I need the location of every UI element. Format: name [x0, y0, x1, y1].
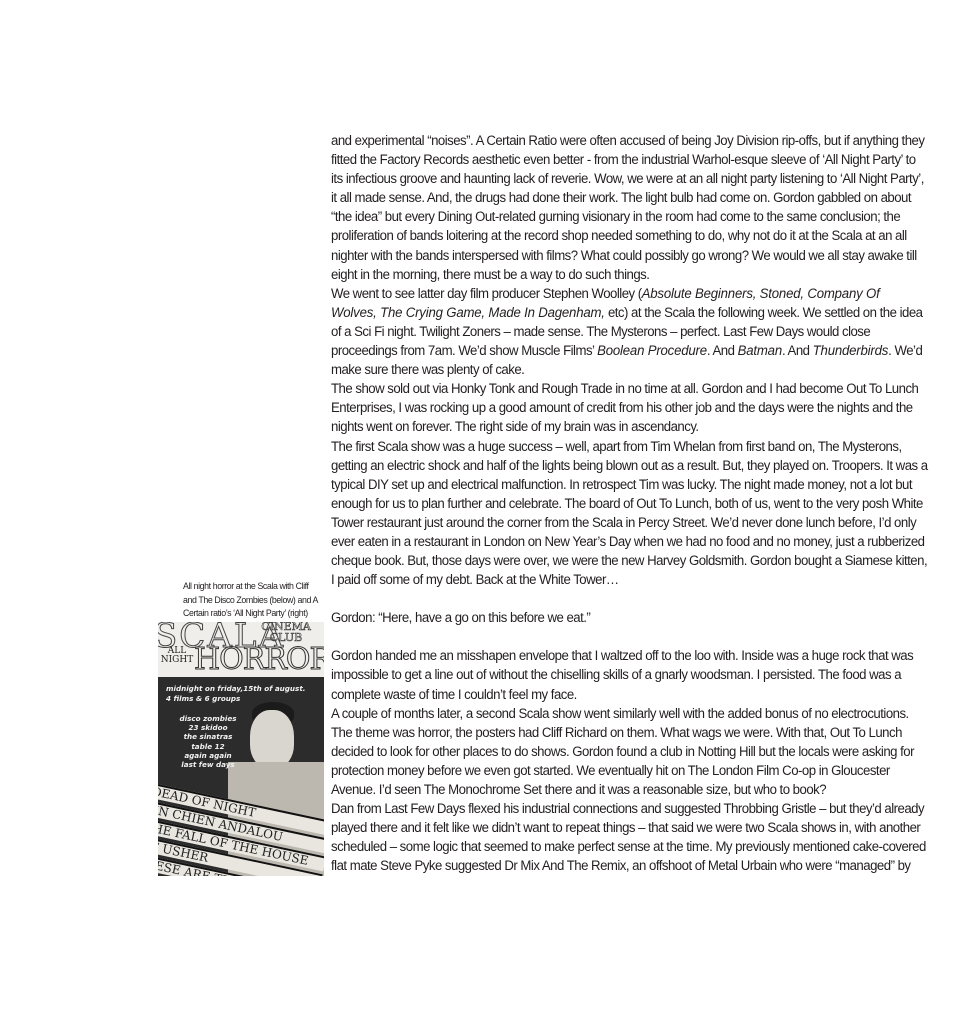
poster-figure-face [250, 710, 294, 768]
poster-band: last few days [178, 760, 238, 769]
paragraph: The first Scala show was a huge success … [331, 438, 928, 591]
paragraph: A couple of months later, a second Scala… [331, 705, 928, 800]
paragraph: We went to see latter day film producer … [331, 285, 928, 380]
poster-count: 4 films & 6 groups [166, 694, 306, 704]
poster-bands: disco zombies 23 skidoo the sinatras tab… [178, 714, 238, 769]
text-run: . And [782, 343, 813, 359]
paragraph: Dan from Last Few Days flexed his indust… [331, 800, 928, 876]
film-title: Batman [738, 343, 782, 359]
text-run: We went to see latter day film producer … [331, 286, 642, 302]
film-title: Thunderbirds [813, 343, 889, 359]
poster-info: midnight on friday,15th of august. 4 fil… [166, 684, 306, 703]
poster-band: table 12 [178, 742, 238, 751]
paragraph: Gordon handed me an misshapen envelope t… [331, 647, 928, 704]
film-title: Boolean Procedure [597, 343, 707, 359]
paragraph: and experimental “noises”. A Certain Rat… [331, 132, 928, 285]
poster-band: again again [178, 751, 238, 760]
poster-title: HORROR [194, 642, 324, 677]
article-body: and experimental “noises”. A Certain Rat… [331, 132, 928, 876]
poster-venue-sub: CINEMA CLUB [256, 622, 316, 643]
scala-all-night-horror-poster: SCALA CINEMA CLUB ALL NIGHT HORROR midni… [158, 622, 324, 876]
paragraph: The show sold out via Honky Tonk and Rou… [331, 380, 928, 437]
poster-band: 23 skidoo [178, 723, 238, 732]
figure-caption: All night horror at the Scala with Cliff… [183, 580, 321, 621]
poster-band: disco zombies [178, 714, 238, 723]
text-run: . And [707, 343, 738, 359]
poster-date: midnight on friday,15th of august. [166, 684, 306, 694]
poster-all-night: ALL NIGHT [160, 647, 194, 665]
dialogue-line: Gordon: “Here, have a go on this before … [331, 609, 928, 628]
poster-band: the sinatras [178, 732, 238, 741]
